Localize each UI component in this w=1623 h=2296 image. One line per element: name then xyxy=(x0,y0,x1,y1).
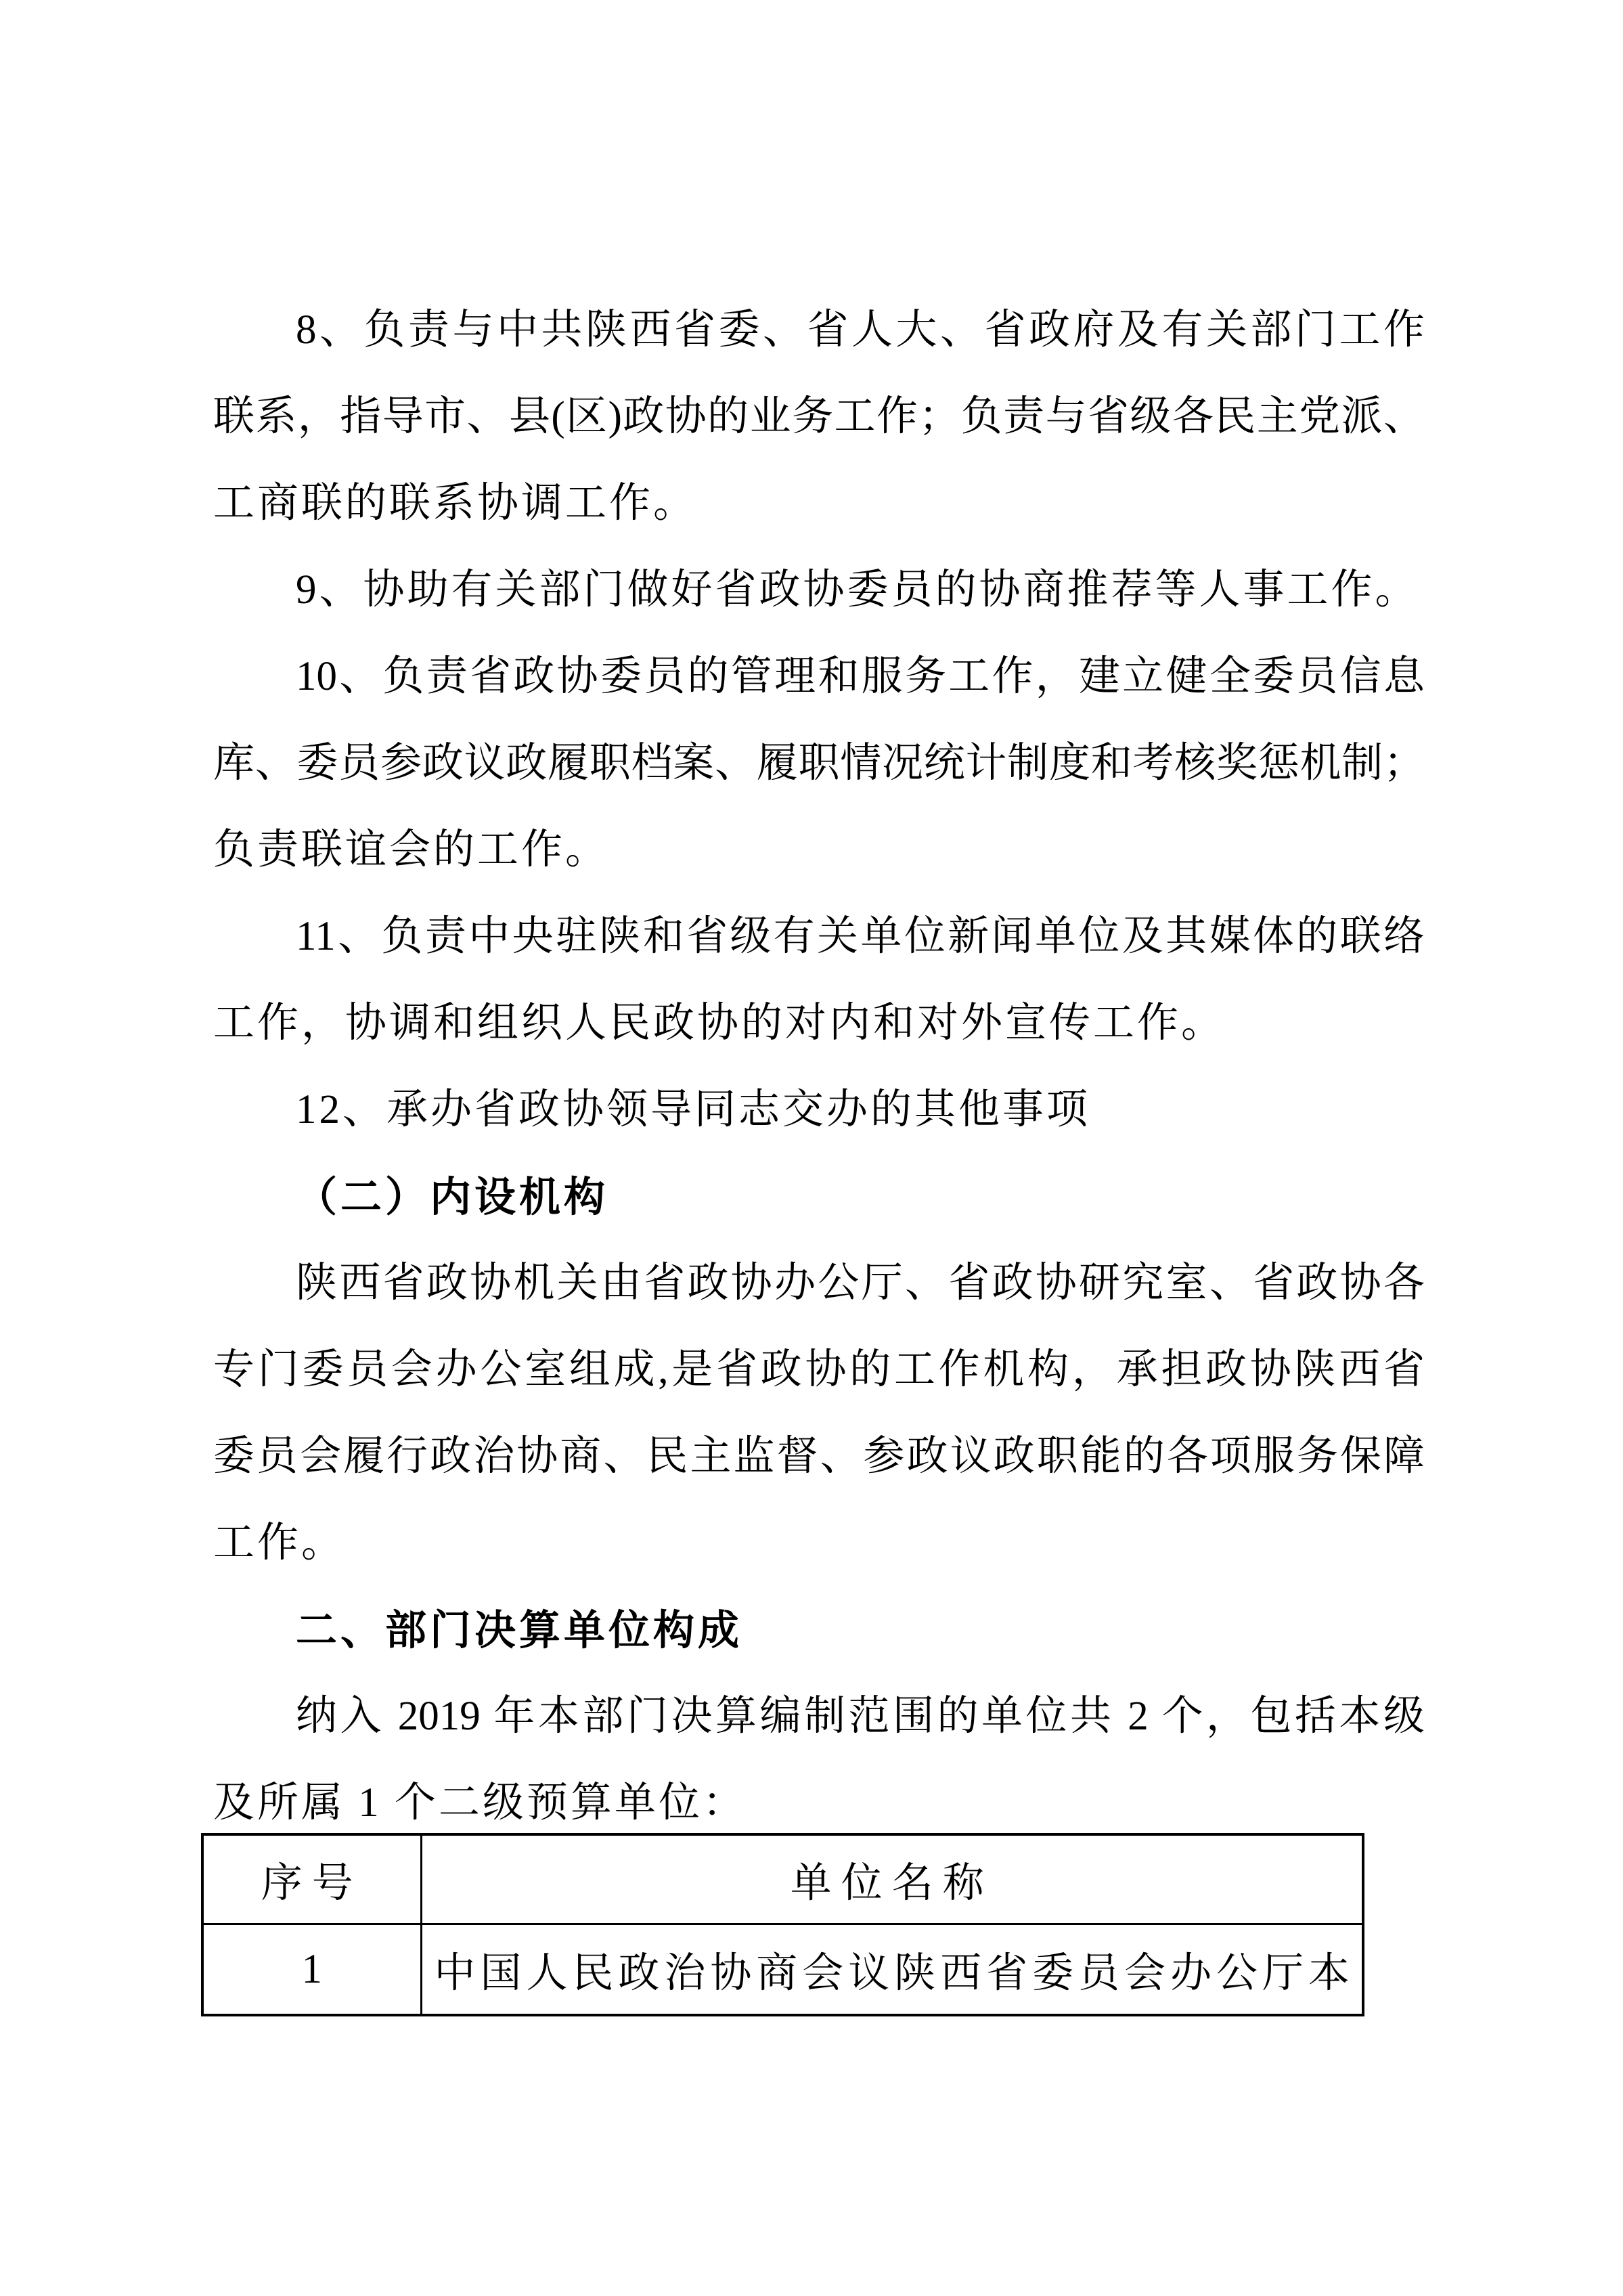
text-line: 纳入 2019 年本部门决算编制范围的单位共 2 个，包括本级 xyxy=(213,1673,1425,1760)
text-line: 专门委员会办公室组成,是省政协的工作机构，承担政协陕西省 xyxy=(213,1327,1425,1413)
text-line: 库、委员参政议政履职档案、履职情况统计制度和考核奖惩机制； xyxy=(213,720,1425,807)
section-heading: 二、部门决算单位构成 xyxy=(213,1587,1425,1673)
table-body: 1中国人民政治协商会议陕西省委员会办公厅本 xyxy=(202,1924,1363,2016)
text-line: 工商联的联系协调工作。 xyxy=(213,460,1425,547)
body-text: 8、负责与中共陕西省委、省人大、省政府及有关部门工作联系，指导市、县(区)政协的… xyxy=(213,287,1425,1847)
text-line: 联系，指导市、县(区)政协的业务工作；负责与省级各民主党派、 xyxy=(213,374,1425,460)
text-line: 工作。 xyxy=(213,1500,1425,1587)
text-line: 工作，协调和组织人民政协的对内和对外宣传工作。 xyxy=(213,980,1425,1067)
text-line: 8、负责与中共陕西省委、省人大、省政府及有关部门工作 xyxy=(213,287,1425,374)
section-heading: （二）内设机构 xyxy=(213,1153,1425,1240)
unit-name-cell: 中国人民政治协商会议陕西省委员会办公厅本 xyxy=(421,1924,1363,2016)
text-line: 陕西省政协机关由省政协办公厅、省政协研究室、省政协各 xyxy=(213,1240,1425,1327)
table-header-cell: 序号 xyxy=(202,1834,421,1924)
text-line: 9、协助有关部门做好省政协委员的协商推荐等人事工作。 xyxy=(213,547,1425,634)
seq-cell: 1 xyxy=(202,1924,421,2016)
unit-table: 序号单位名称 1中国人民政治协商会议陕西省委员会办公厅本 xyxy=(201,1833,1364,2016)
table-header-row: 序号单位名称 xyxy=(202,1834,1363,1924)
table-row: 1中国人民政治协商会议陕西省委员会办公厅本 xyxy=(202,1924,1363,2016)
table-header-cell: 单位名称 xyxy=(421,1834,1363,1924)
text-line: 11、负责中央驻陕和省级有关单位新闻单位及其媒体的联络 xyxy=(213,893,1425,980)
text-line: 负责联谊会的工作。 xyxy=(213,807,1425,893)
document-page: 8、负责与中共陕西省委、省人大、省政府及有关部门工作联系，指导市、县(区)政协的… xyxy=(0,0,1623,2296)
text-line: 12、承办省政协领导同志交办的其他事项 xyxy=(213,1067,1425,1153)
text-line: 委员会履行政治协商、民主监督、参政议政职能的各项服务保障 xyxy=(213,1413,1425,1500)
text-line: 10、负责省政协委员的管理和服务工作，建立健全委员信息 xyxy=(213,634,1425,720)
